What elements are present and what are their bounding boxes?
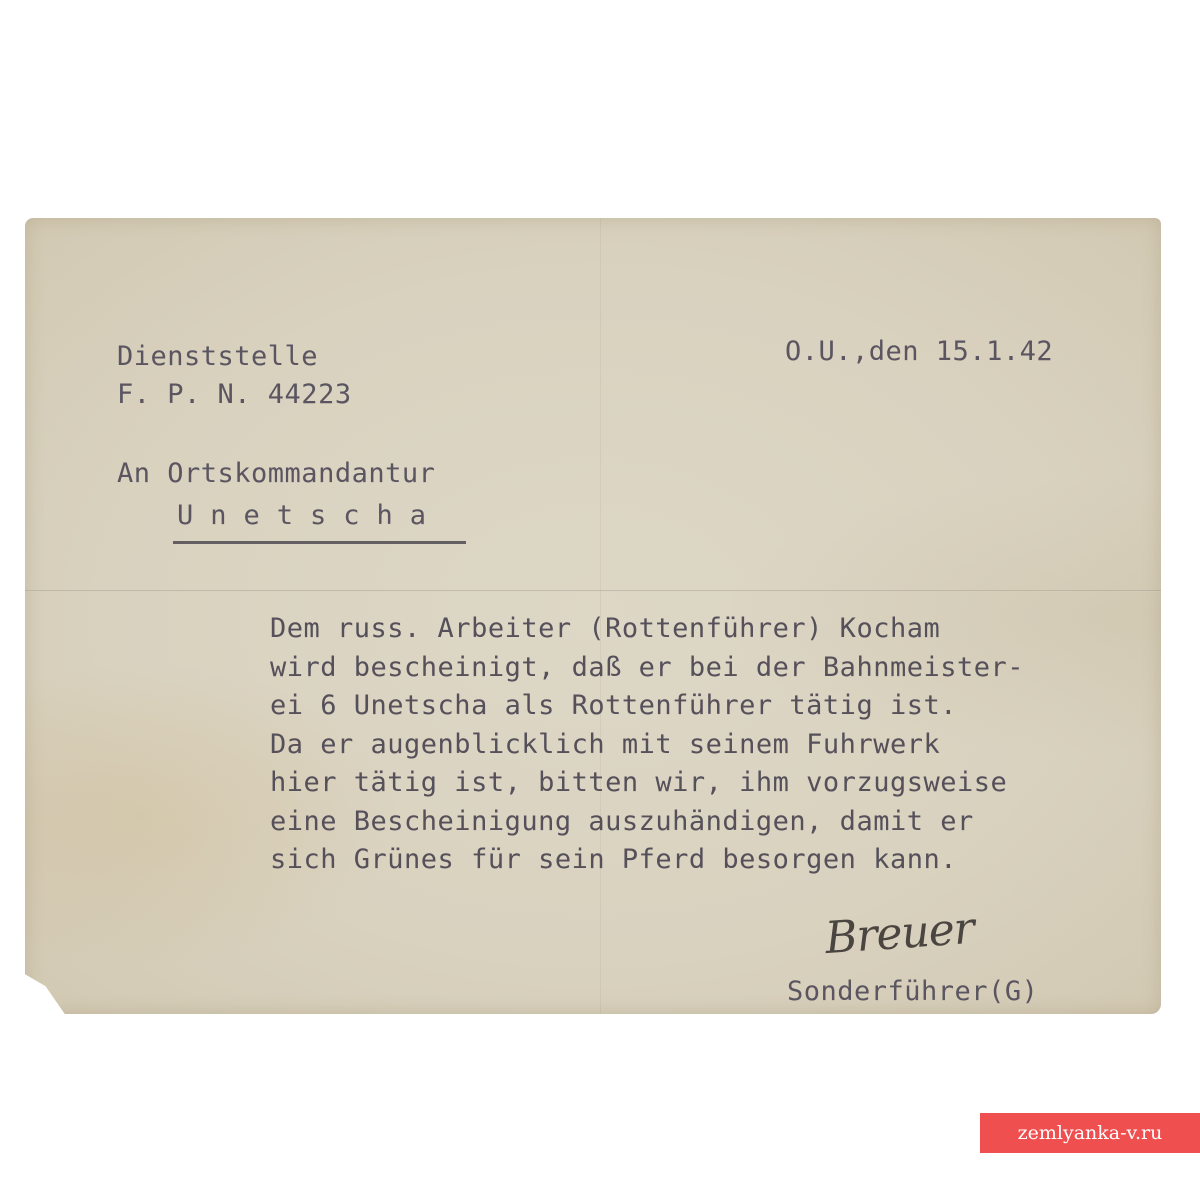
date-line: O.U.,den 15.1.42 (785, 338, 1053, 365)
sender-block: DienststelleF. P. N. 44223 (117, 338, 352, 414)
site-watermark-badge: zemlyanka-v.ru (980, 1113, 1200, 1153)
horizontal-fold-crease (25, 590, 1161, 592)
body-line: Da er augenblicklich mit seinem Fuhrwerk (270, 726, 1024, 765)
document-paper: DienststelleF. P. N. 44223 O.U.,den 15.1… (25, 218, 1161, 1014)
body-line: sich Grünes für sein Pferd besorgen kann… (270, 841, 1024, 880)
body-line: ei 6 Unetscha als Rottenführer tätig ist… (270, 687, 1024, 726)
body-line: hier tätig ist, bitten wir, ihm vorzugsw… (270, 764, 1024, 803)
recipient-office: An Ortskommandantur (117, 453, 443, 495)
recipient-city: Unetscha (117, 495, 443, 537)
recipient-block: An OrtskommandanturUnetscha (117, 453, 443, 537)
handwritten-signature: Breuer (823, 903, 975, 964)
body-text: Dem russ. Arbeiter (Rottenführer) Kocham… (270, 610, 1024, 880)
body-line: eine Bescheinigung auszuhändigen, damit … (270, 803, 1024, 842)
field-post-number: F. P. N. 44223 (117, 376, 352, 414)
sender-office: Dienststelle (117, 338, 352, 376)
signature-title: Sonderführer(G) (787, 978, 1038, 1005)
body-line: Dem russ. Arbeiter (Rottenführer) Kocham (270, 610, 1024, 649)
body-line: wird bescheinigt, daß er bei der Bahnmei… (270, 649, 1024, 688)
recipient-underline (173, 541, 466, 544)
